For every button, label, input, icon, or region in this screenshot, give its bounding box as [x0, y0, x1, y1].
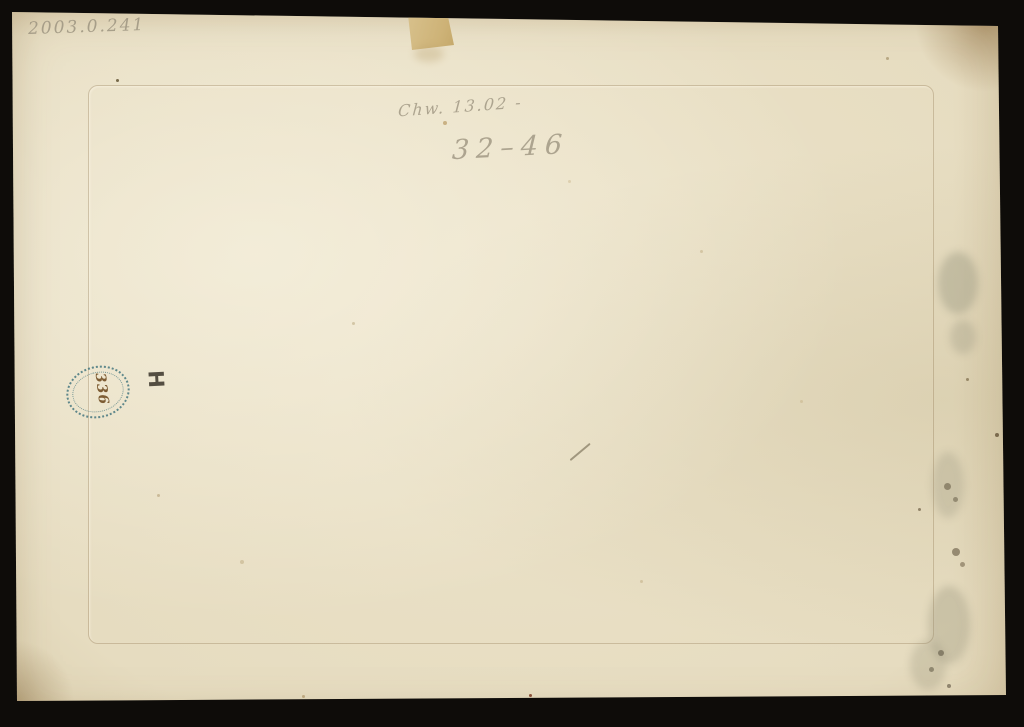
foxing-spot	[157, 494, 160, 497]
paper-sheet: 2003.0.241 Chw. 13.02 - 32–46 336 H	[0, 0, 1024, 727]
foxing-spot	[240, 560, 244, 564]
foxing-spot	[302, 695, 305, 698]
stain	[950, 320, 976, 354]
photo-background: 2003.0.241 Chw. 13.02 - 32–46 336 H	[0, 0, 1024, 727]
foxing-spot	[918, 508, 921, 511]
foxing-spot	[352, 322, 355, 325]
plate-mark	[88, 85, 934, 644]
h-pencil-mark: H	[143, 370, 168, 389]
foxing-spot	[568, 180, 571, 183]
foxing-spot	[960, 562, 965, 567]
foxing-spot	[800, 400, 803, 403]
foxing-spot	[995, 433, 999, 437]
foxing-spot	[886, 57, 889, 60]
foxing-spot	[640, 580, 643, 583]
foxing-spot	[116, 79, 119, 82]
number-note-inscription: 32–46	[451, 129, 570, 166]
foxing-spot	[966, 378, 969, 381]
foxing-spot	[443, 121, 447, 125]
stain	[910, 640, 946, 690]
tape-residue	[402, 11, 454, 51]
foxing-spot	[952, 548, 960, 556]
foxing-spot	[529, 694, 532, 697]
foxing-spot	[700, 250, 703, 253]
stain	[938, 252, 978, 314]
foxing-spot	[947, 684, 951, 688]
stain	[414, 46, 444, 62]
accession-number-inscription: 2003.0.241	[28, 15, 146, 39]
stain	[932, 452, 964, 518]
